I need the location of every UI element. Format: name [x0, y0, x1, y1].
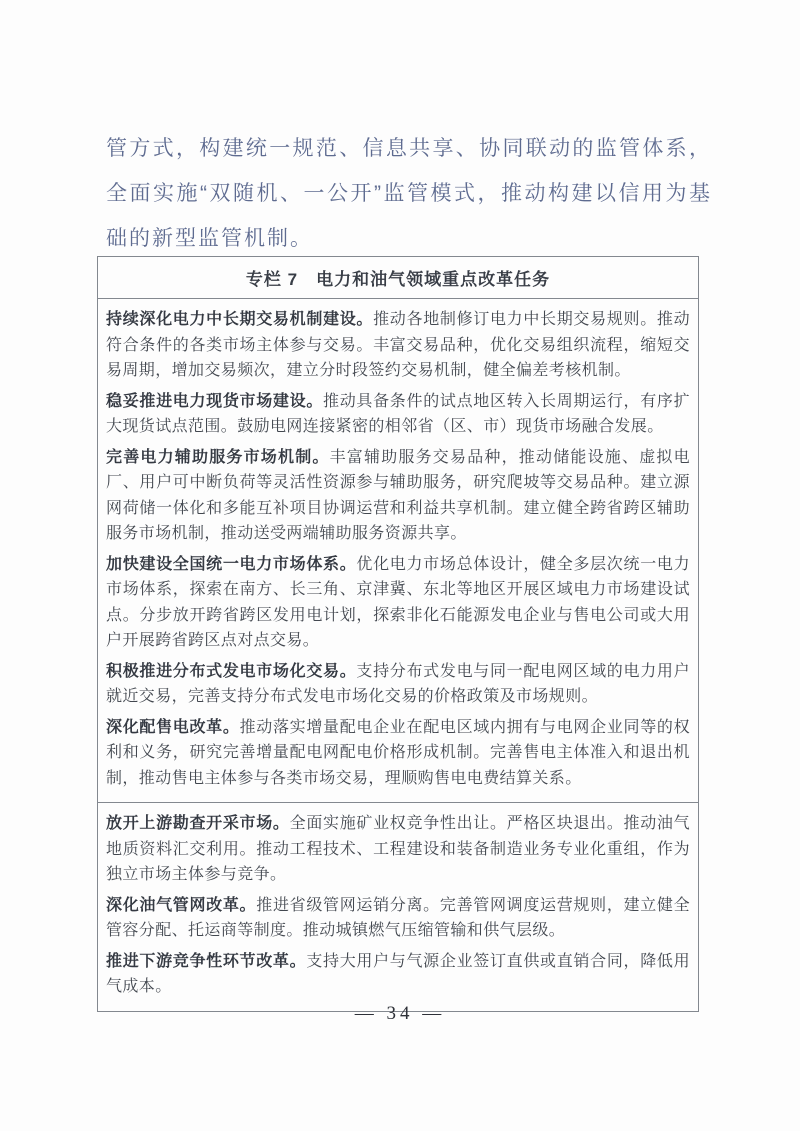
document-page: 管方式，构建统一规范、信息共享、协同联动的监管体系，全面实施“双随机、一公开”监…	[0, 0, 800, 1131]
item-lead: 积极推进分布式发电市场化交易。	[106, 663, 356, 680]
reform-item: 深化油气管网改革。推进省级管网运销分离。完善管网调度运营规则，建立健全管容分配、…	[106, 893, 690, 944]
reform-item: 积极推进分布式发电市场化交易。支持分布式发电与同一配电网区域的电力用户就近交易，…	[106, 659, 690, 710]
feature-box: 专栏 7 电力和油气领域重点改革任务 持续深化电力中长期交易机制建设。推动各地制…	[97, 256, 699, 1012]
item-lead: 推进下游竞争性环节改革。	[106, 953, 306, 970]
reform-item: 加快建设全国统一电力市场体系。优化电力市场总体设计，健全多层次统一电力市场体系，…	[106, 552, 690, 654]
item-lead: 持续深化电力中长期交易机制建设。	[106, 311, 373, 328]
item-lead: 深化油气管网改革。	[106, 897, 256, 914]
reform-item: 放开上游勘查开采市场。全面实施矿业权竞争性出让。严格区块退出。推动油气地质资料汇…	[106, 811, 690, 888]
reform-item: 完善电力辅助服务市场机制。丰富辅助服务交易品种，推动储能设施、虚拟电厂、用户可中…	[106, 445, 690, 547]
page-number: — 34 —	[0, 1003, 800, 1025]
box-title: 专栏 7 电力和油气领域重点改革任务	[98, 257, 698, 299]
intro-paragraph: 管方式，构建统一规范、信息共享、协同联动的监管体系，全面实施“双随机、一公开”监…	[106, 126, 712, 261]
item-lead: 深化配售电改革。	[106, 719, 240, 736]
reform-item: 稳妥推进电力现货市场建设。推动具备条件的试点地区转入长周期运行，有序扩大现货试点…	[106, 389, 690, 440]
reform-item: 持续深化电力中长期交易机制建设。推动各地制修订电力中长期交易规则。推动符合条件的…	[106, 307, 690, 384]
item-lead: 放开上游勘查开采市场。	[106, 815, 290, 832]
reform-item: 深化配售电改革。推动落实增量配电企业在配电区域内拥有与电网企业同等的权利和义务，…	[106, 715, 690, 792]
reform-item: 推进下游竞争性环节改革。支持大用户与气源企业签订直供或直销合同，降低用气成本。	[106, 949, 690, 1000]
electricity-section: 持续深化电力中长期交易机制建设。推动各地制修订电力中长期交易规则。推动符合条件的…	[98, 299, 698, 802]
oilgas-section: 放开上游勘查开采市场。全面实施矿业权竞争性出让。严格区块退出。推动油气地质资料汇…	[98, 802, 698, 1011]
item-lead: 完善电力辅助服务市场机制。	[106, 449, 330, 466]
item-lead: 加快建设全国统一电力市场体系。	[106, 556, 356, 573]
item-lead: 稳妥推进电力现货市场建设。	[106, 393, 323, 410]
